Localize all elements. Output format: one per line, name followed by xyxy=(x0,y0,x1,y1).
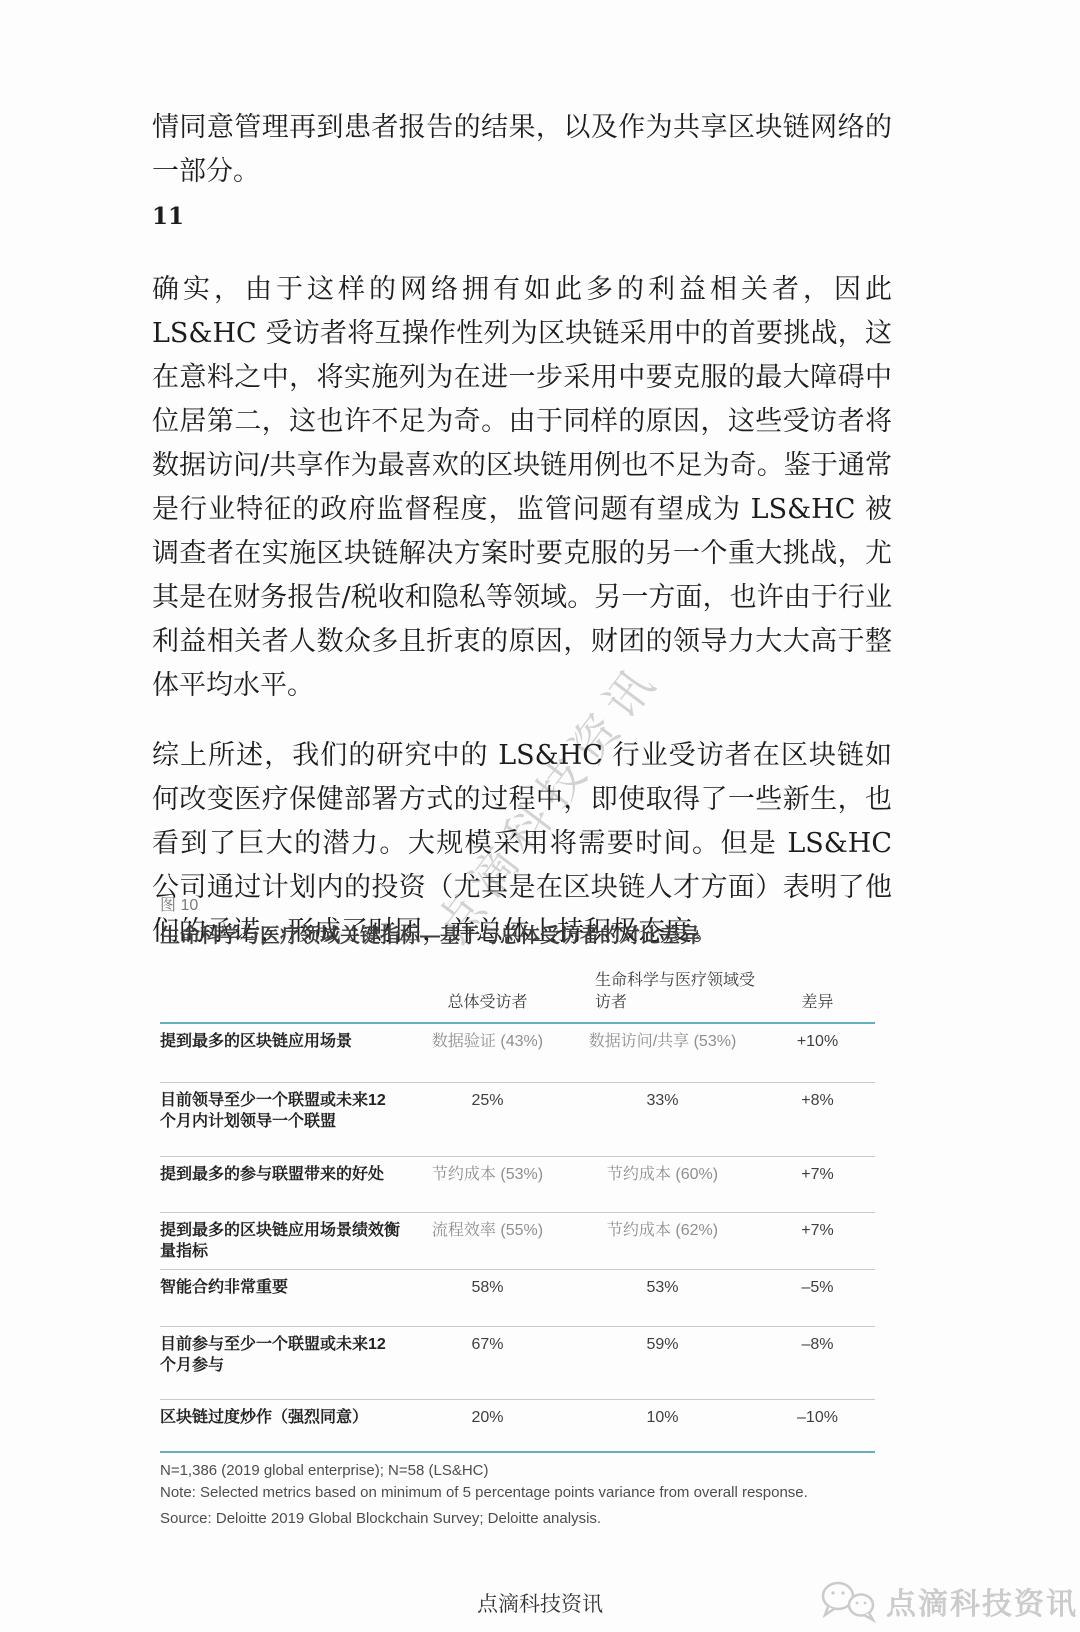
row-label: 提到最多的区块链应用场景绩效衡量指标 xyxy=(160,1220,410,1269)
column-header-diff: 差异 xyxy=(760,992,875,1014)
brand-watermark-text: 点滴科技资讯 xyxy=(886,1579,1078,1623)
lshc-value: 33% xyxy=(565,1090,760,1156)
diff-value: +7% xyxy=(760,1220,875,1269)
column-header-lshc: 生命科学与医疗领域受访者 xyxy=(565,970,760,1014)
table-row: 提到最多的区块链应用场景 数据验证 (43%) 数据访问/共享 (53%) +1… xyxy=(160,1024,875,1082)
overall-value: 58% xyxy=(410,1277,565,1326)
overall-value: 数据验证 (43%) xyxy=(410,1031,565,1082)
row-label: 提到最多的参与联盟带来的好处 xyxy=(160,1164,410,1212)
lshc-value: 数据访问/共享 (53%) xyxy=(565,1031,760,1082)
overall-value: 流程效率 (55%) xyxy=(410,1220,565,1269)
table-body: 提到最多的区块链应用场景 数据验证 (43%) 数据访问/共享 (53%) +1… xyxy=(160,1022,875,1453)
lshc-value: 节约成本 (62%) xyxy=(565,1220,760,1269)
table-row: 目前领导至少一个联盟或未来12个月内计划领导一个联盟 25% 33% +8% xyxy=(160,1082,875,1156)
row-label: 智能合约非常重要 xyxy=(160,1277,410,1326)
figure-label: 图 10 xyxy=(160,892,875,915)
lshc-value: 59% xyxy=(565,1334,760,1399)
diff-value: +7% xyxy=(760,1164,875,1212)
chat-bubbles-icon xyxy=(818,1578,880,1624)
footnote-number: 11 xyxy=(152,200,892,234)
figure-10: 图 10 生命科学与医疗领域关键指标—基于与总体受访者的对比差异 总体受访者 生… xyxy=(160,892,875,1530)
table-row: 提到最多的参与联盟带来的好处 节约成本 (53%) 节约成本 (60%) +7% xyxy=(160,1156,875,1212)
overall-value: 67% xyxy=(410,1334,565,1399)
table-row: 目前参与至少一个联盟或未来12个月参与 67% 59% –8% xyxy=(160,1326,875,1399)
figure-title: 生命科学与医疗领域关键指标—基于与总体受访者的对比差异 xyxy=(160,919,875,948)
body-text-block: 情同意管理再到患者报告的结果，以及作为共享区块链网络的一部分。 11 确实，由于… xyxy=(152,106,892,954)
source-note: Source: Deloitte 2019 Global Blockchain … xyxy=(160,1508,875,1529)
row-label: 提到最多的区块链应用场景 xyxy=(160,1031,410,1082)
diff-value: +10% xyxy=(760,1031,875,1082)
diff-value: +8% xyxy=(760,1090,875,1156)
row-label: 目前参与至少一个联盟或未来12个月参与 xyxy=(160,1334,410,1399)
overall-value: 25% xyxy=(410,1090,565,1156)
row-label: 区块链过度炒作（强烈同意） xyxy=(160,1407,410,1451)
table-row: 智能合约非常重要 58% 53% –5% xyxy=(160,1269,875,1326)
table-row: 区块链过度炒作（强烈同意） 20% 10% –10% xyxy=(160,1399,875,1451)
diff-value: –10% xyxy=(760,1407,875,1451)
lshc-value: 节约成本 (60%) xyxy=(565,1164,760,1212)
brand-watermark: 点滴科技资讯 xyxy=(818,1578,1078,1624)
row-label: 目前领导至少一个联盟或未来12个月内计划领导一个联盟 xyxy=(160,1090,410,1156)
paragraph-continuation: 情同意管理再到患者报告的结果，以及作为共享区块链网络的一部分。 xyxy=(152,106,892,194)
column-header-overall: 总体受访者 xyxy=(410,992,565,1014)
table-footnotes: N=1,386 (2019 global enterprise); N=58 (… xyxy=(160,1453,875,1529)
lshc-value: 53% xyxy=(565,1277,760,1326)
lshc-value: 10% xyxy=(565,1407,760,1451)
table-row: 提到最多的区块链应用场景绩效衡量指标 流程效率 (55%) 节约成本 (62%)… xyxy=(160,1212,875,1269)
paragraph-2: 确实，由于这样的网络拥有如此多的利益相关者，因此 LS&HC 受访者将互操作性列… xyxy=(152,268,892,708)
methodology-note: Note: Selected metrics based on minimum … xyxy=(160,1482,875,1503)
overall-value: 节约成本 (53%) xyxy=(410,1164,565,1212)
sample-size-note: N=1,386 (2019 global enterprise); N=58 (… xyxy=(160,1460,875,1481)
diff-value: –8% xyxy=(760,1334,875,1399)
table-header-row: 总体受访者 生命科学与医疗领域受访者 差异 xyxy=(160,970,875,1022)
document-page: 点滴科技资讯 情同意管理再到患者报告的结果，以及作为共享区块链网络的一部分。 1… xyxy=(0,0,1080,1632)
diff-value: –5% xyxy=(760,1277,875,1326)
overall-value: 20% xyxy=(410,1407,565,1451)
